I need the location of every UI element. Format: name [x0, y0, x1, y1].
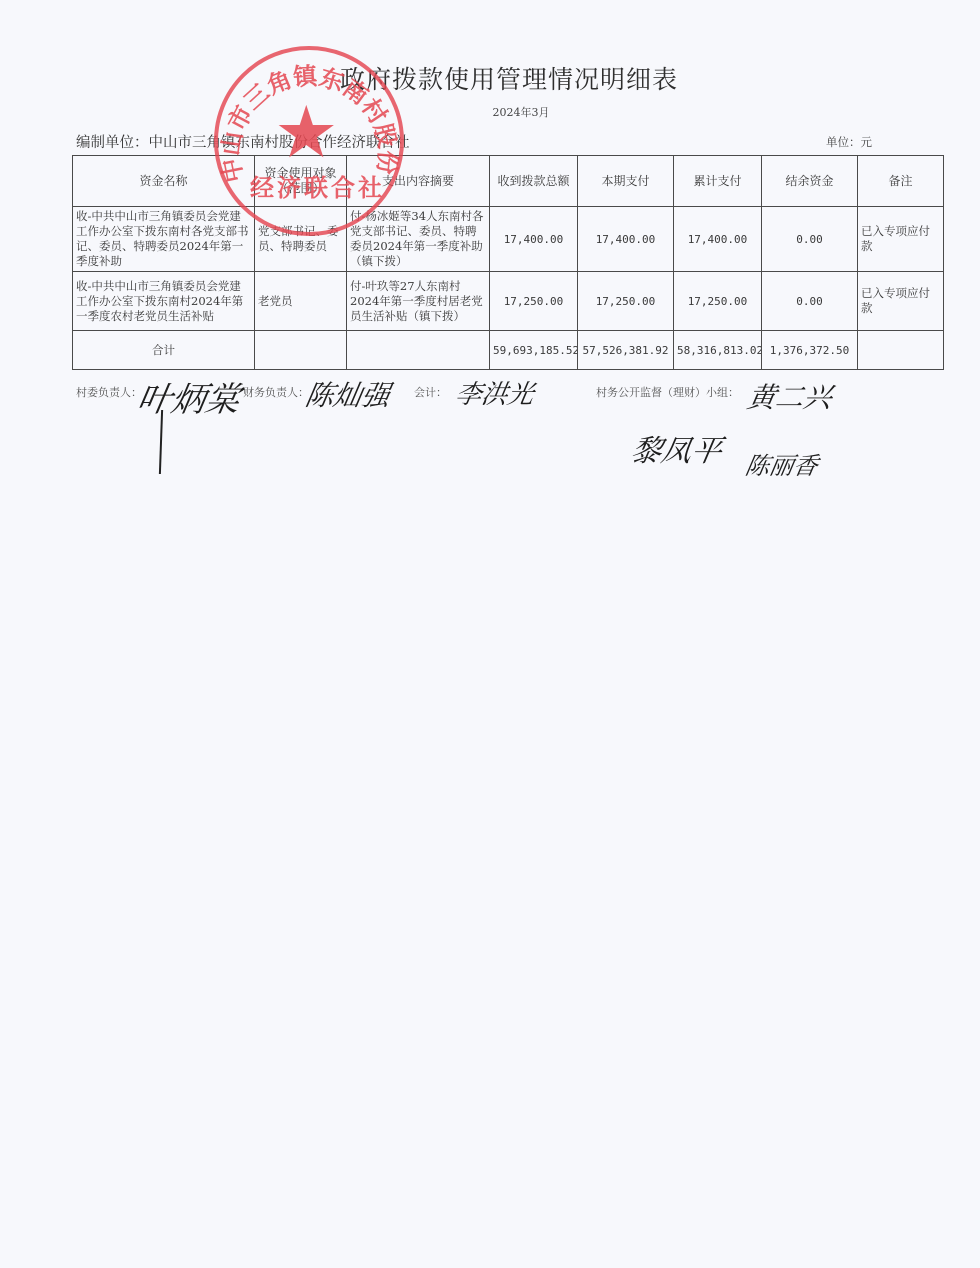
table-total-row: 合计 59,693,185.52 57,526,381.92 58,316,81… [73, 331, 944, 370]
finance-head-label: 财务负责人： [243, 384, 309, 400]
accountant-signature: 李洪光 [453, 374, 538, 411]
total-empty-target [255, 331, 347, 370]
preparing-unit: 编制单位：中山市三角镇东南村股份合作经济联合社 [76, 131, 410, 152]
currency-unit: 单位：元 [826, 134, 872, 150]
header-current-paid: 本期支付 [578, 156, 674, 207]
cell-cumulative-paid: 17,400.00 [674, 207, 762, 272]
total-current-paid: 57,526,381.92 [578, 331, 674, 370]
total-empty-summary [347, 331, 490, 370]
document-title: 政府拨款使用管理情况明细表 [0, 60, 980, 96]
cell-received: 17,400.00 [490, 207, 578, 272]
header-balance: 结余资金 [762, 156, 858, 207]
finance-head-signature: 陈灿强 [302, 374, 393, 414]
total-cumulative-paid: 58,316,813.02 [674, 331, 762, 370]
header-cumulative-paid: 累计支付 [674, 156, 762, 207]
total-balance: 1,376,372.50 [762, 331, 858, 370]
cell-remark: 已入专项应付款 [858, 207, 944, 272]
cell-fund-name: 收-中共中山市三角镇委员会党建工作办公室下拨东南村2024年第一季度农村老党员生… [73, 272, 255, 331]
cell-cumulative-paid: 17,250.00 [674, 272, 762, 331]
village-head-label: 村委负责人： [76, 384, 142, 400]
total-label: 合计 [73, 331, 255, 370]
village-head-signature: 叶炳棠 [134, 372, 245, 421]
header-remark: 备注 [858, 156, 944, 207]
supervision-signature-2: 黎凤平 [628, 426, 726, 470]
report-date: 2024年3月 [0, 104, 980, 120]
supervision-label: 村务公开监督（理财）小组： [596, 384, 739, 400]
total-empty-remark [858, 331, 944, 370]
total-received: 59,693,185.52 [490, 331, 578, 370]
accountant-label: 会计： [414, 384, 447, 400]
header-target: 资金使用对象（范围） [255, 156, 347, 207]
cell-balance: 0.00 [762, 207, 858, 272]
cell-summary: 付-杨冰姬等34人东南村各党支部书记、委员、特聘委员2024年第一季度补助（镇下… [347, 207, 490, 272]
cell-remark: 已入专项应付款 [858, 272, 944, 331]
supervision-signature-3: 陈丽香 [743, 446, 821, 481]
funds-table: 资金名称 资金使用对象（范围） 支出内容摘要 收到拨款总额 本期支付 累计支付 … [72, 155, 944, 370]
cell-summary: 付-叶玖等27人东南村2024年第一季度村居老党员生活补贴（镇下拨） [347, 272, 490, 331]
cell-current-paid: 17,400.00 [578, 207, 674, 272]
supervision-signature-1: 黄二兴 [744, 376, 835, 416]
cell-target: 老党员 [255, 272, 347, 331]
header-summary: 支出内容摘要 [347, 156, 490, 207]
cell-balance: 0.00 [762, 272, 858, 331]
header-received: 收到拨款总额 [490, 156, 578, 207]
cell-current-paid: 17,250.00 [578, 272, 674, 331]
header-fund-name: 资金名称 [73, 156, 255, 207]
cell-target: 党支部书记、委员、特聘委员 [255, 207, 347, 272]
cell-fund-name: 收-中共中山市三角镇委员会党建工作办公室下拨东南村各党支部书记、委员、特聘委员2… [73, 207, 255, 272]
table-row: 收-中共中山市三角镇委员会党建工作办公室下拨东南村各党支部书记、委员、特聘委员2… [73, 207, 944, 272]
cell-received: 17,250.00 [490, 272, 578, 331]
table-header-row: 资金名称 资金使用对象（范围） 支出内容摘要 收到拨款总额 本期支付 累计支付 … [73, 156, 944, 207]
table-row: 收-中共中山市三角镇委员会党建工作办公室下拨东南村2024年第一季度农村老党员生… [73, 272, 944, 331]
